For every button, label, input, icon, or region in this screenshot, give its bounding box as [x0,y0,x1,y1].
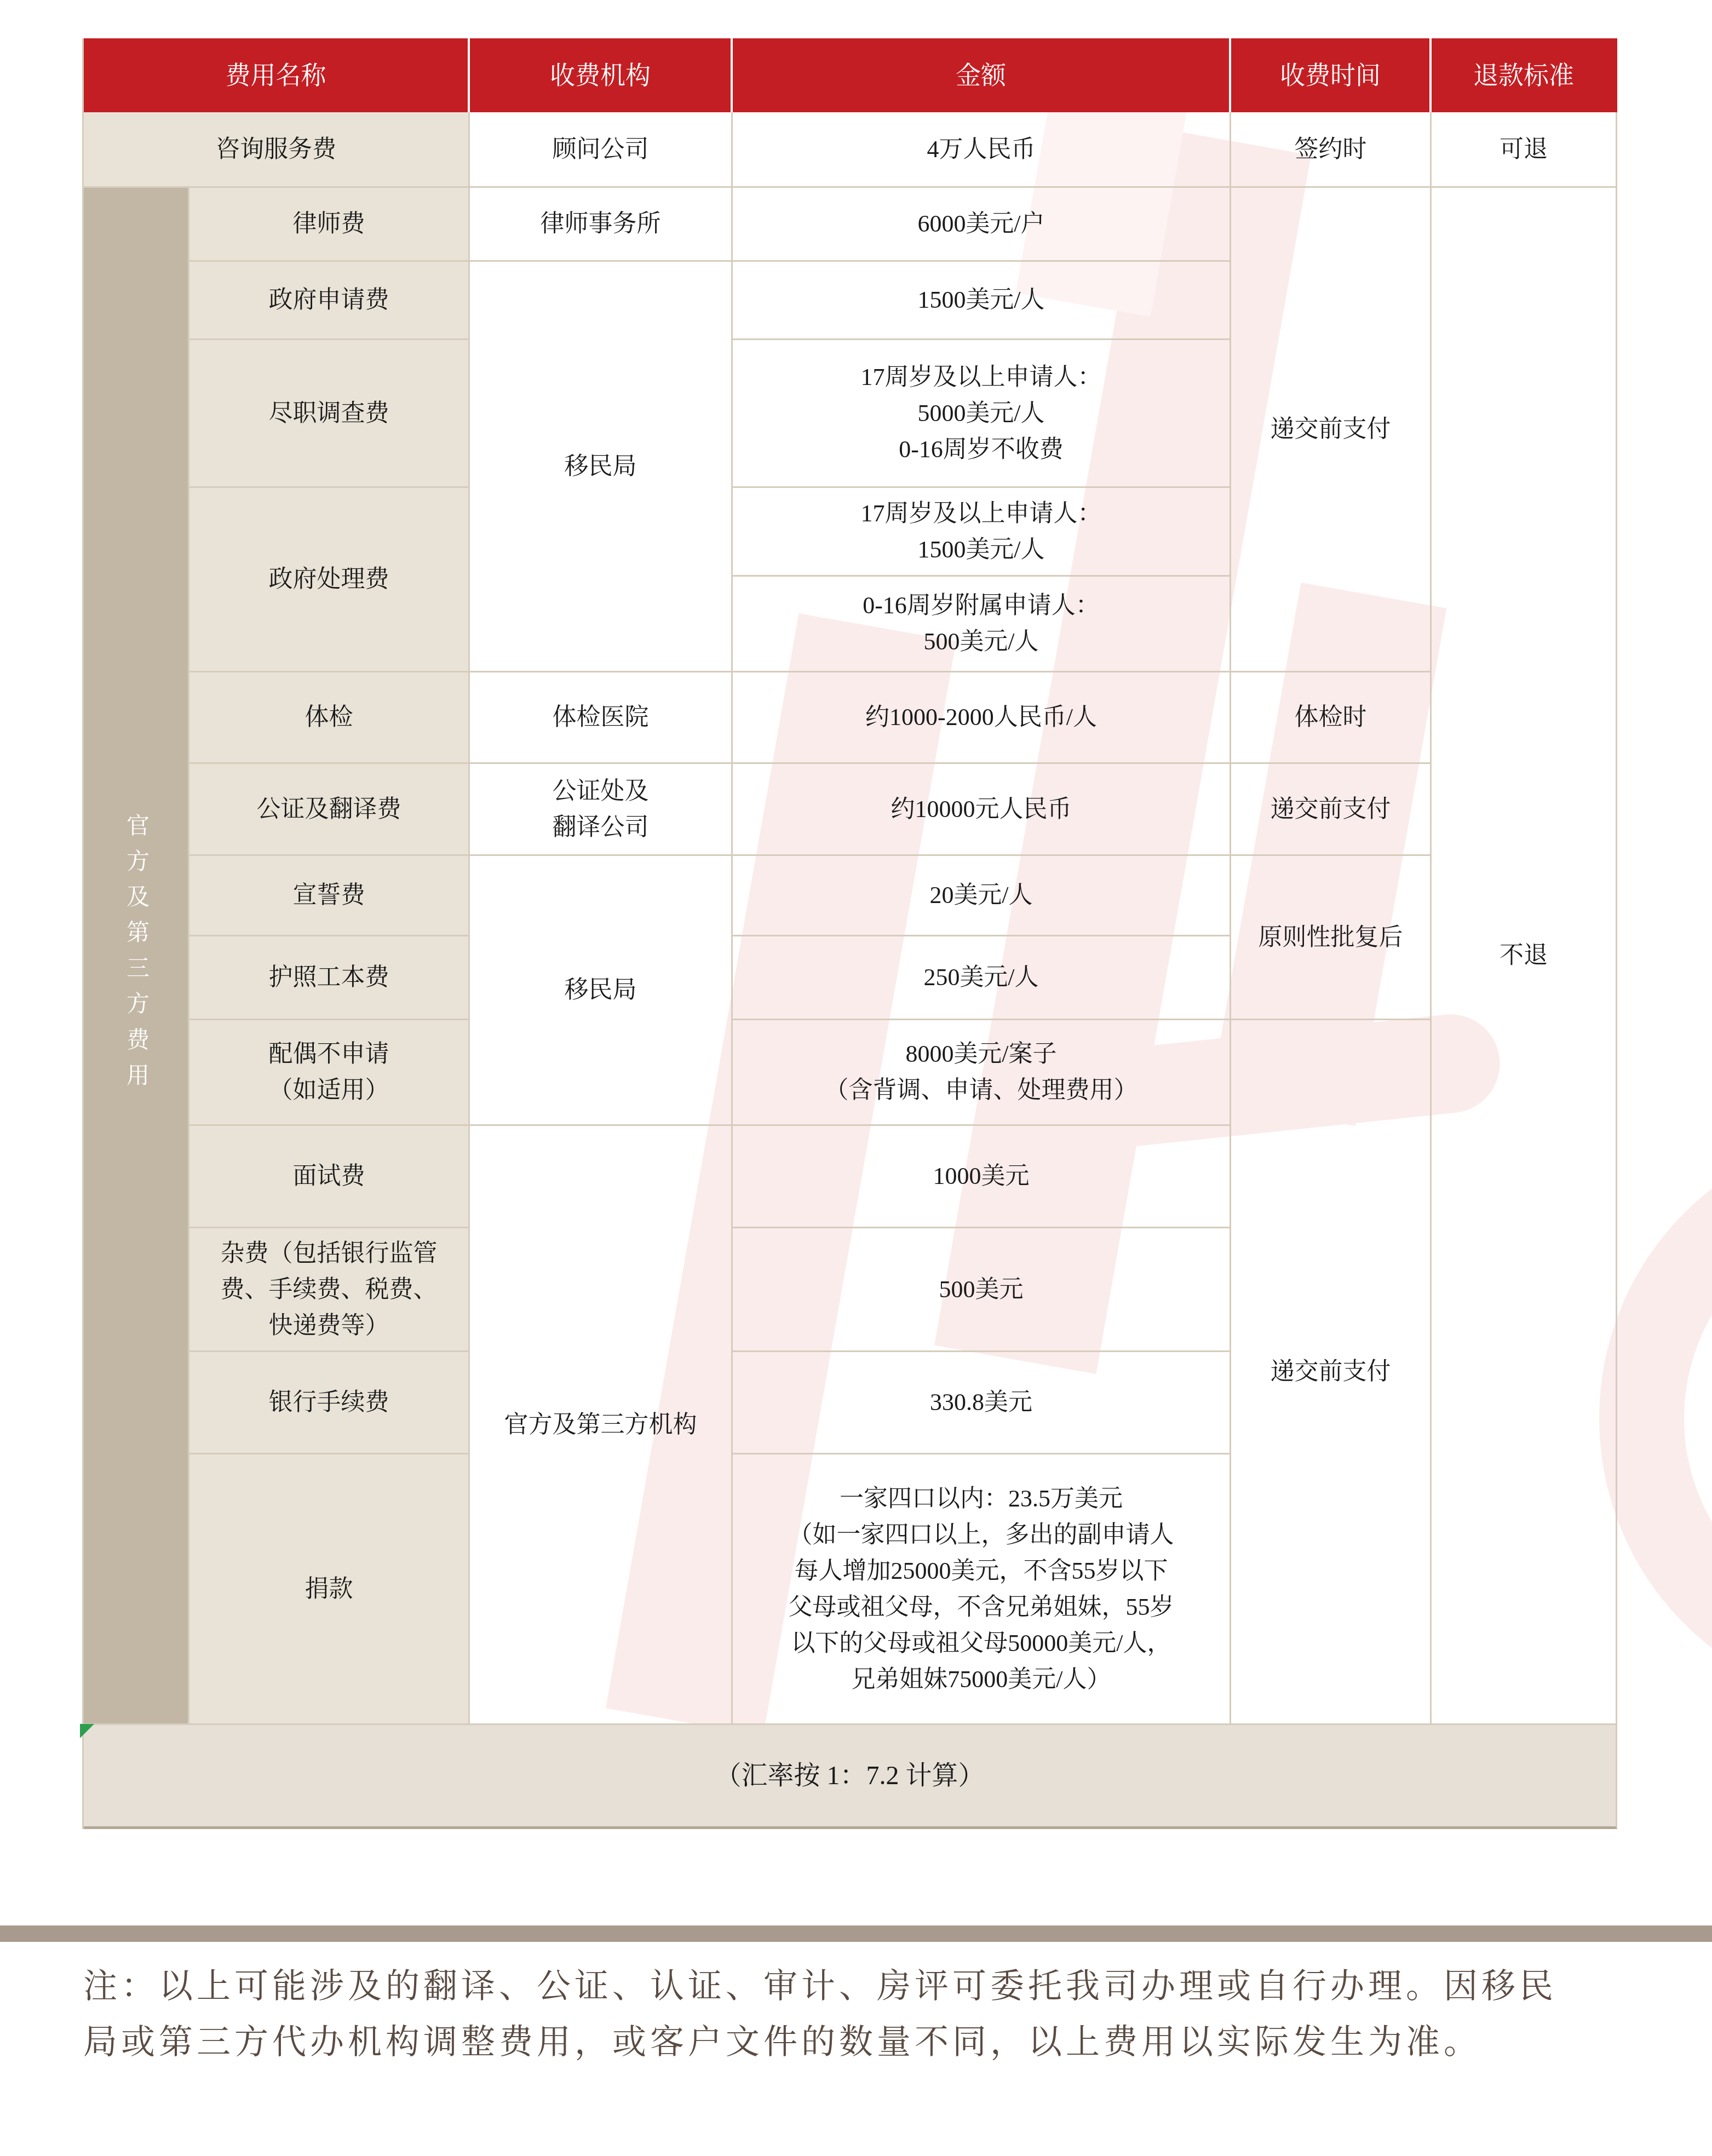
group-strip-official-thirdparty: 官方及第三方费用 [84,188,189,1725]
column-header-agency: 收费机构 [470,38,733,112]
cell-consulting-amount: 4万人民币 [733,112,1231,188]
cell-gov-application-fee-name: 政府申请费 [189,262,470,340]
green-corner-artifact [80,1724,94,1738]
cell-consulting-refund: 可退 [1432,112,1617,188]
footnote-text: 注：以上可能涉及的翻译、公证、认证、审计、房评可委托我司办理或自行办理。因移民 … [83,1959,1639,2071]
column-header-refund: 退款标准 [1432,38,1617,112]
cell-gov-processing-fee-name: 政府处理费 [189,488,470,672]
cell-spouse-amount: 8000美元/案子 （含背调、申请、处理费用） [733,1020,1231,1126]
cell-notary-agency: 公证处及 翻译公司 [470,764,733,856]
cell-medical-amount: 约1000-2000人民币/人 [733,672,1231,764]
cell-time-at-medical: 体检时 [1231,672,1432,764]
cell-refund-no: 不退 [1432,188,1617,1725]
cell-consulting-agency: 顾问公司 [470,112,733,188]
cell-due-diligence-fee-name: 尽职调查费 [189,340,470,488]
cell-lawyer-agency: 律师事务所 [470,188,733,262]
cell-misc-amount: 500美元 [733,1228,1231,1352]
fee-table: 费用名称 收费机构 金额 收费时间 退款标准 咨询服务费 顾问公司 4万人民币 … [82,38,1617,1829]
cell-time-after-approval: 原则性批复后 [1231,856,1432,1020]
cell-bank-amount: 330.8美元 [733,1352,1231,1454]
exchange-rate-row: （汇率按 1：7.2 计算） [84,1725,1617,1829]
cell-donation-fee-name: 捐款 [189,1454,470,1725]
cell-oath-amount: 20美元/人 [733,856,1231,936]
cell-gov-application-amount: 1500美元/人 [733,262,1231,340]
cell-time-before-submission-1: 递交前支付 [1231,188,1432,672]
column-header-fee-name: 费用名称 [84,38,470,112]
cell-donation-amount: 一家四口以内：23.5万美元 （如一家四口以上，多出的副申请人 每人增加2500… [733,1454,1231,1725]
cell-oath-fee-name: 宣誓费 [189,856,470,936]
cell-notary-fee-name: 公证及翻译费 [189,764,470,856]
cell-medical-agency: 体检医院 [470,672,733,764]
cell-time-before-submission-2: 递交前支付 [1231,1020,1432,1725]
cell-medical-fee-name: 体检 [189,672,470,764]
cell-spouse-fee-name: 配偶不申请 （如适用） [189,1020,470,1126]
cell-passport-amount: 250美元/人 [733,936,1231,1020]
cell-time-before-submission-notary: 递交前支付 [1231,764,1432,856]
section-divider-bar [0,1925,1712,1942]
cell-misc-fee-name: 杂费（包括银行监管 费、手续费、税费、 快递费等） [189,1228,470,1352]
column-header-amount: 金额 [733,38,1231,112]
cell-gov-processing-amount-senior: 17周岁及以上申请人： 1500美元/人 [733,488,1231,577]
cell-interview-fee-name: 面试费 [189,1126,470,1228]
cell-thirdparty-agency: 官方及第三方机构 [470,1126,733,1725]
group-strip-label: 官方及第三方费用 [124,813,147,1099]
cell-consulting-time: 签约时 [1231,112,1432,188]
cell-consulting-fee-name: 咨询服务费 [84,112,470,188]
cell-immigration-bureau-agency-2: 移民局 [470,856,733,1126]
cell-bank-fee-name: 银行手续费 [189,1352,470,1454]
cell-lawyer-amount: 6000美元/户 [733,188,1231,262]
cell-lawyer-fee-name: 律师费 [189,188,470,262]
cell-immigration-bureau-agency-1: 移民局 [470,262,733,672]
cell-gov-processing-amount-minor: 0-16周岁附属申请人： 500美元/人 [733,577,1231,672]
cell-due-diligence-amount: 17周岁及以上申请人： 5000美元/人 0-16周岁不收费 [733,340,1231,488]
cell-interview-amount: 1000美元 [733,1126,1231,1228]
column-header-time: 收费时间 [1231,38,1432,112]
cell-notary-amount: 约10000元人民币 [733,764,1231,856]
cell-passport-fee-name: 护照工本费 [189,936,470,1020]
